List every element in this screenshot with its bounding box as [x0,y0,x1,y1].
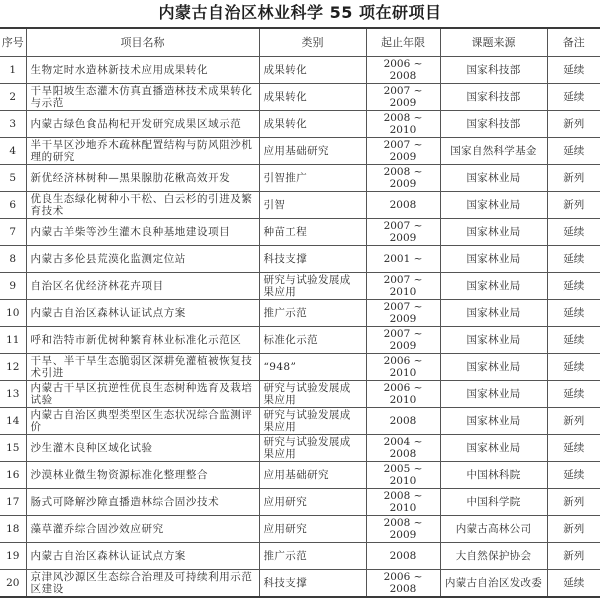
table-header-row: 序号 项目名称 类别 起止年限 课题来源 备注 [0,28,600,57]
cell-years: 2006 ~ 2010 [366,354,440,381]
cell-years: 2006 ~ 2010 [366,381,440,408]
cell-years: 2008 [366,192,440,219]
table-row: 1 生物定时水造林新技术应用成果转化 成果转化 2006 ~ 2008 国家科技… [0,57,600,84]
cell-name: 肠式可降解沙障直播造林综合固沙技术 [26,489,259,516]
cell-note: 延续 [547,246,600,273]
projects-table: 序号 项目名称 类别 起止年限 课题来源 备注 1 生物定时水造林新技术应用成果… [0,27,600,595]
cell-no: 1 [0,57,26,84]
document-title: 内蒙古自治区林业科学 55 项在研项目 [0,3,600,23]
cell-no: 18 [0,516,26,543]
cell-years: 2006 ~ 2008 [366,570,440,596]
cell-note: 新列 [547,489,600,516]
cell-source: 国家林业局 [440,165,547,192]
cell-note: 延续 [547,300,600,327]
cell-years: 2004 ~ 2008 [366,435,440,462]
cell-type: 应用基础研究 [259,462,366,489]
table-row: 11 呼和浩特市新优树种繁育林业标准化示范区 标准化示范 2007 ~ 2009… [0,327,600,354]
cell-source: 国家科技部 [440,57,547,84]
cell-note: 新列 [547,408,600,435]
table-row: 19 内蒙古自治区森林认证试点方案 推广示范 2008 大自然保护协会 新列 [0,543,600,570]
cell-no: 6 [0,192,26,219]
table-row: 10 内蒙古自治区森林认证试点方案 推广示范 2007 ~ 2009 国家林业局… [0,300,600,327]
table-row: 5 新优经济林树种—黑果腺肋花楸高效开发 引智推广 2008 ~ 2009 国家… [0,165,600,192]
cell-no: 13 [0,381,26,408]
cell-note: 延续 [547,327,600,354]
cell-name: 呼和浩特市新优树种繁育林业标准化示范区 [26,327,259,354]
cell-note: 延续 [547,273,600,300]
cell-type: 标准化示范 [259,327,366,354]
cell-source: 国家林业局 [440,327,547,354]
cell-type: 种苗工程 [259,219,366,246]
table-row: 13 内蒙古干旱区抗逆性优良生态树种选育及栽培试验 研究与试验发展成果应用 20… [0,381,600,408]
cell-note: 新列 [547,192,600,219]
cell-type: 研究与试验发展成果应用 [259,273,366,300]
cell-source: 内蒙古高林公司 [440,516,547,543]
cell-note: 新列 [547,165,600,192]
cell-source: 国家林业局 [440,300,547,327]
cell-source: 中国林科院 [440,462,547,489]
cell-note: 延续 [547,462,600,489]
cell-name: 内蒙古自治区森林认证试点方案 [26,300,259,327]
table-row: 20 京津风沙源区生态综合治理及可持续利用示范区建设 科技支撑 2006 ~ 2… [0,570,600,596]
cell-source: 国家自然科学基金 [440,138,547,165]
cell-note: 新列 [547,111,600,138]
cell-no: 3 [0,111,26,138]
cell-no: 8 [0,246,26,273]
cell-type: 成果转化 [259,57,366,84]
header-type: 类别 [259,28,366,57]
cell-years: 2007 ~ 2010 [366,273,440,300]
cell-note: 延续 [547,435,600,462]
cell-name: 干旱阳坡生态灌木仿真直播造林技术成果转化与示范 [26,84,259,111]
table-row: 9 自治区名优经济林花卉项目 研究与试验发展成果应用 2007 ~ 2010 国… [0,273,600,300]
cell-note: 延续 [547,219,600,246]
cell-years: 2001 ~ [366,246,440,273]
cell-name: 优良生态绿化树种小干松、白云杉的引进及繁育技术 [26,192,259,219]
cell-no: 17 [0,489,26,516]
table-row: 7 内蒙古羊柴等沙生灌木良种基地建设项目 种苗工程 2007 ~ 2009 国家… [0,219,600,246]
table-row: 3 内蒙古绿色食品枸杞开发研究成果区域示范 成果转化 2008 ~ 2010 国… [0,111,600,138]
cell-source: 国家林业局 [440,246,547,273]
cell-type: 成果转化 [259,84,366,111]
cell-note: 延续 [547,84,600,111]
table-row: 2 干旱阳坡生态灌木仿真直播造林技术成果转化与示范 成果转化 2007 ~ 20… [0,84,600,111]
cell-name: 沙生灌木良种区域化试验 [26,435,259,462]
cell-type: 应用研究 [259,489,366,516]
cell-source: 国家林业局 [440,273,547,300]
cell-years: 2008 ~ 2009 [366,516,440,543]
cell-no: 11 [0,327,26,354]
cell-type: 科技支撑 [259,570,366,596]
table-row: 15 沙生灌木良种区域化试验 研究与试验发展成果应用 2004 ~ 2008 国… [0,435,600,462]
cell-no: 14 [0,408,26,435]
cell-years: 2007 ~ 2009 [366,84,440,111]
cell-years: 2008 [366,408,440,435]
cell-source: 国家林业局 [440,435,547,462]
cell-years: 2008 ~ 2010 [366,111,440,138]
table-row: 8 内蒙古多伦县荒漠化监测定位站 科技支撑 2001 ~ 国家林业局 延续 [0,246,600,273]
cell-name: 藻草灌乔综合固沙效应研究 [26,516,259,543]
cell-source: 国家林业局 [440,192,547,219]
cell-source: 国家林业局 [440,381,547,408]
table-row: 17 肠式可降解沙障直播造林综合固沙技术 应用研究 2008 ~ 2010 中国… [0,489,600,516]
cell-name: 半干旱区沙地乔木疏林配置结构与防风阻沙机理的研究 [26,138,259,165]
cell-type: 成果转化 [259,111,366,138]
header-name: 项目名称 [26,28,259,57]
cell-source: 国家林业局 [440,408,547,435]
header-source: 课题来源 [440,28,547,57]
cell-note: 延续 [547,57,600,84]
cell-name: 内蒙古干旱区抗逆性优良生态树种选育及栽培试验 [26,381,259,408]
cell-type: “948” [259,354,366,381]
cell-name: 沙漠林业微生物资源标准化整理整合 [26,462,259,489]
cell-type: 研究与试验发展成果应用 [259,408,366,435]
cell-years: 2008 ~ 2009 [366,165,440,192]
cell-name: 新优经济林树种—黑果腺肋花楸高效开发 [26,165,259,192]
cell-years: 2008 ~ 2010 [366,489,440,516]
cell-source: 国家林业局 [440,219,547,246]
cell-type: 应用基础研究 [259,138,366,165]
cell-years: 2006 ~ 2008 [366,57,440,84]
cell-years: 2007 ~ 2009 [366,138,440,165]
cell-type: 研究与试验发展成果应用 [259,435,366,462]
cell-name: 内蒙古多伦县荒漠化监测定位站 [26,246,259,273]
cell-no: 12 [0,354,26,381]
table-row: 18 藻草灌乔综合固沙效应研究 应用研究 2008 ~ 2009 内蒙古高林公司… [0,516,600,543]
table-row: 4 半干旱区沙地乔木疏林配置结构与防风阻沙机理的研究 应用基础研究 2007 ~… [0,138,600,165]
cell-no: 10 [0,300,26,327]
cell-no: 4 [0,138,26,165]
cell-name: 京津风沙源区生态综合治理及可持续利用示范区建设 [26,570,259,596]
cell-type: 引智 [259,192,366,219]
cell-no: 7 [0,219,26,246]
header-note: 备注 [547,28,600,57]
cell-source: 国家科技部 [440,84,547,111]
cell-name: 内蒙古自治区典型类型区生态状况综合监测评价 [26,408,259,435]
cell-type: 推广示范 [259,300,366,327]
cell-type: 科技支撑 [259,246,366,273]
cell-type: 推广示范 [259,543,366,570]
cell-note: 延续 [547,138,600,165]
cell-years: 2007 ~ 2009 [366,219,440,246]
cell-name: 自治区名优经济林花卉项目 [26,273,259,300]
cell-note: 新列 [547,543,600,570]
cell-no: 5 [0,165,26,192]
cell-name: 干旱、半干旱生态脆弱区深耕免灌植被恢复技术引进 [26,354,259,381]
cell-name: 内蒙古羊柴等沙生灌木良种基地建设项目 [26,219,259,246]
cell-source: 中国科学院 [440,489,547,516]
cell-no: 9 [0,273,26,300]
cell-no: 20 [0,570,26,596]
cell-no: 16 [0,462,26,489]
table-row: 6 优良生态绿化树种小干松、白云杉的引进及繁育技术 引智 2008 国家林业局 … [0,192,600,219]
cell-type: 应用研究 [259,516,366,543]
cell-years: 2007 ~ 2009 [366,300,440,327]
cell-source: 内蒙古自治区发改委 [440,570,547,596]
table-row: 16 沙漠林业微生物资源标准化整理整合 应用基础研究 2005 ~ 2010 中… [0,462,600,489]
cell-source: 国家林业局 [440,354,547,381]
cell-name: 生物定时水造林新技术应用成果转化 [26,57,259,84]
cell-type: 引智推广 [259,165,366,192]
cell-note: 延续 [547,381,600,408]
cell-name: 内蒙古绿色食品枸杞开发研究成果区域示范 [26,111,259,138]
cell-no: 2 [0,84,26,111]
cell-no: 19 [0,543,26,570]
cell-type: 研究与试验发展成果应用 [259,381,366,408]
cell-note: 延续 [547,570,600,596]
cell-note: 新列 [547,516,600,543]
cell-source: 国家科技部 [440,111,547,138]
cell-source: 大自然保护协会 [440,543,547,570]
header-years: 起止年限 [366,28,440,57]
cell-name: 内蒙古自治区森林认证试点方案 [26,543,259,570]
cell-years: 2005 ~ 2010 [366,462,440,489]
cell-years: 2007 ~ 2009 [366,327,440,354]
header-no: 序号 [0,28,26,57]
table-row: 14 内蒙古自治区典型类型区生态状况综合监测评价 研究与试验发展成果应用 200… [0,408,600,435]
cell-no: 15 [0,435,26,462]
cell-years: 2008 [366,543,440,570]
cell-note: 延续 [547,354,600,381]
table-row: 12 干旱、半干旱生态脆弱区深耕免灌植被恢复技术引进 “948” 2006 ~ … [0,354,600,381]
